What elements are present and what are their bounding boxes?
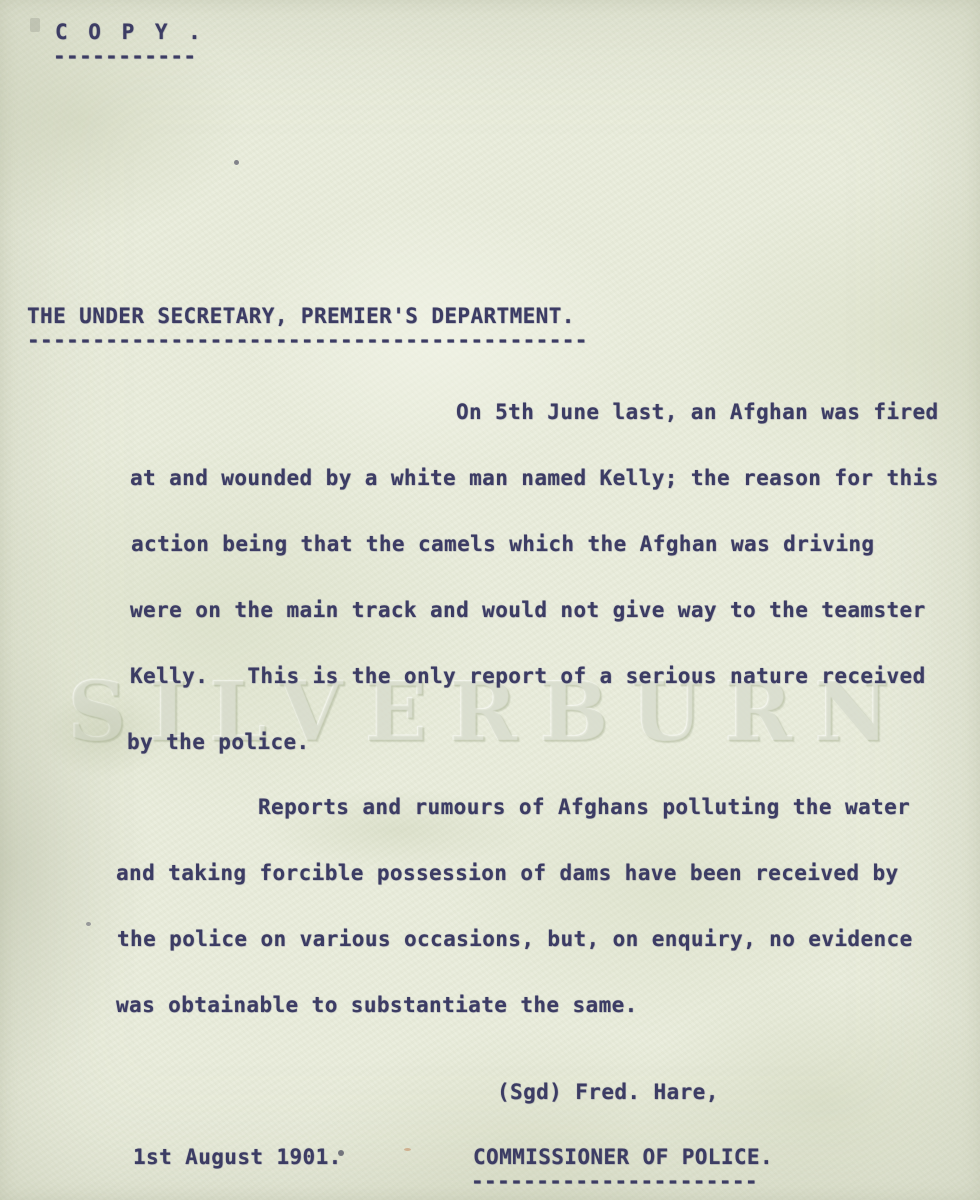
body-line: On 5th June last, an Afghan was fired: [456, 400, 939, 424]
paper-blemish: [30, 18, 40, 32]
body-line: Kelly. This is the only report of a seri…: [130, 664, 926, 688]
signature-line: (Sgd) Fred. Hare,: [497, 1080, 719, 1104]
copy-underline-rule: -----------: [53, 44, 196, 68]
body-line: by the police.: [127, 730, 310, 754]
date-line: 1st August 1901.: [133, 1145, 342, 1169]
scanned-letter-page: SILVERBURN C O P Y . ----------- THE UND…: [0, 0, 980, 1200]
signoff-line: COMMISSIONER OF POLICE.: [473, 1145, 773, 1169]
body-line: action being that the camels which the A…: [131, 532, 874, 556]
ink-speck: [234, 160, 239, 165]
recipient-line: THE UNDER SECRETARY, PREMIER'S DEPARTMEN…: [27, 304, 575, 328]
recipient-underline-rule: ----------------------------------------…: [27, 328, 588, 352]
copy-label: C O P Y .: [55, 20, 205, 44]
stain-speck: [404, 1148, 411, 1151]
body-line: the police on various occasions, but, on…: [117, 927, 913, 951]
body-line: were on the main track and would not giv…: [130, 598, 926, 622]
body-line: at and wounded by a white man named Kell…: [130, 466, 939, 490]
body-line: Reports and rumours of Afghans polluting…: [258, 795, 910, 819]
ink-speck: [86, 922, 91, 926]
body-line: and taking forcible possession of dams h…: [116, 861, 899, 885]
body-line: was obtainable to substantiate the same.: [116, 993, 638, 1017]
signoff-underline-rule: ----------------------: [471, 1169, 758, 1193]
